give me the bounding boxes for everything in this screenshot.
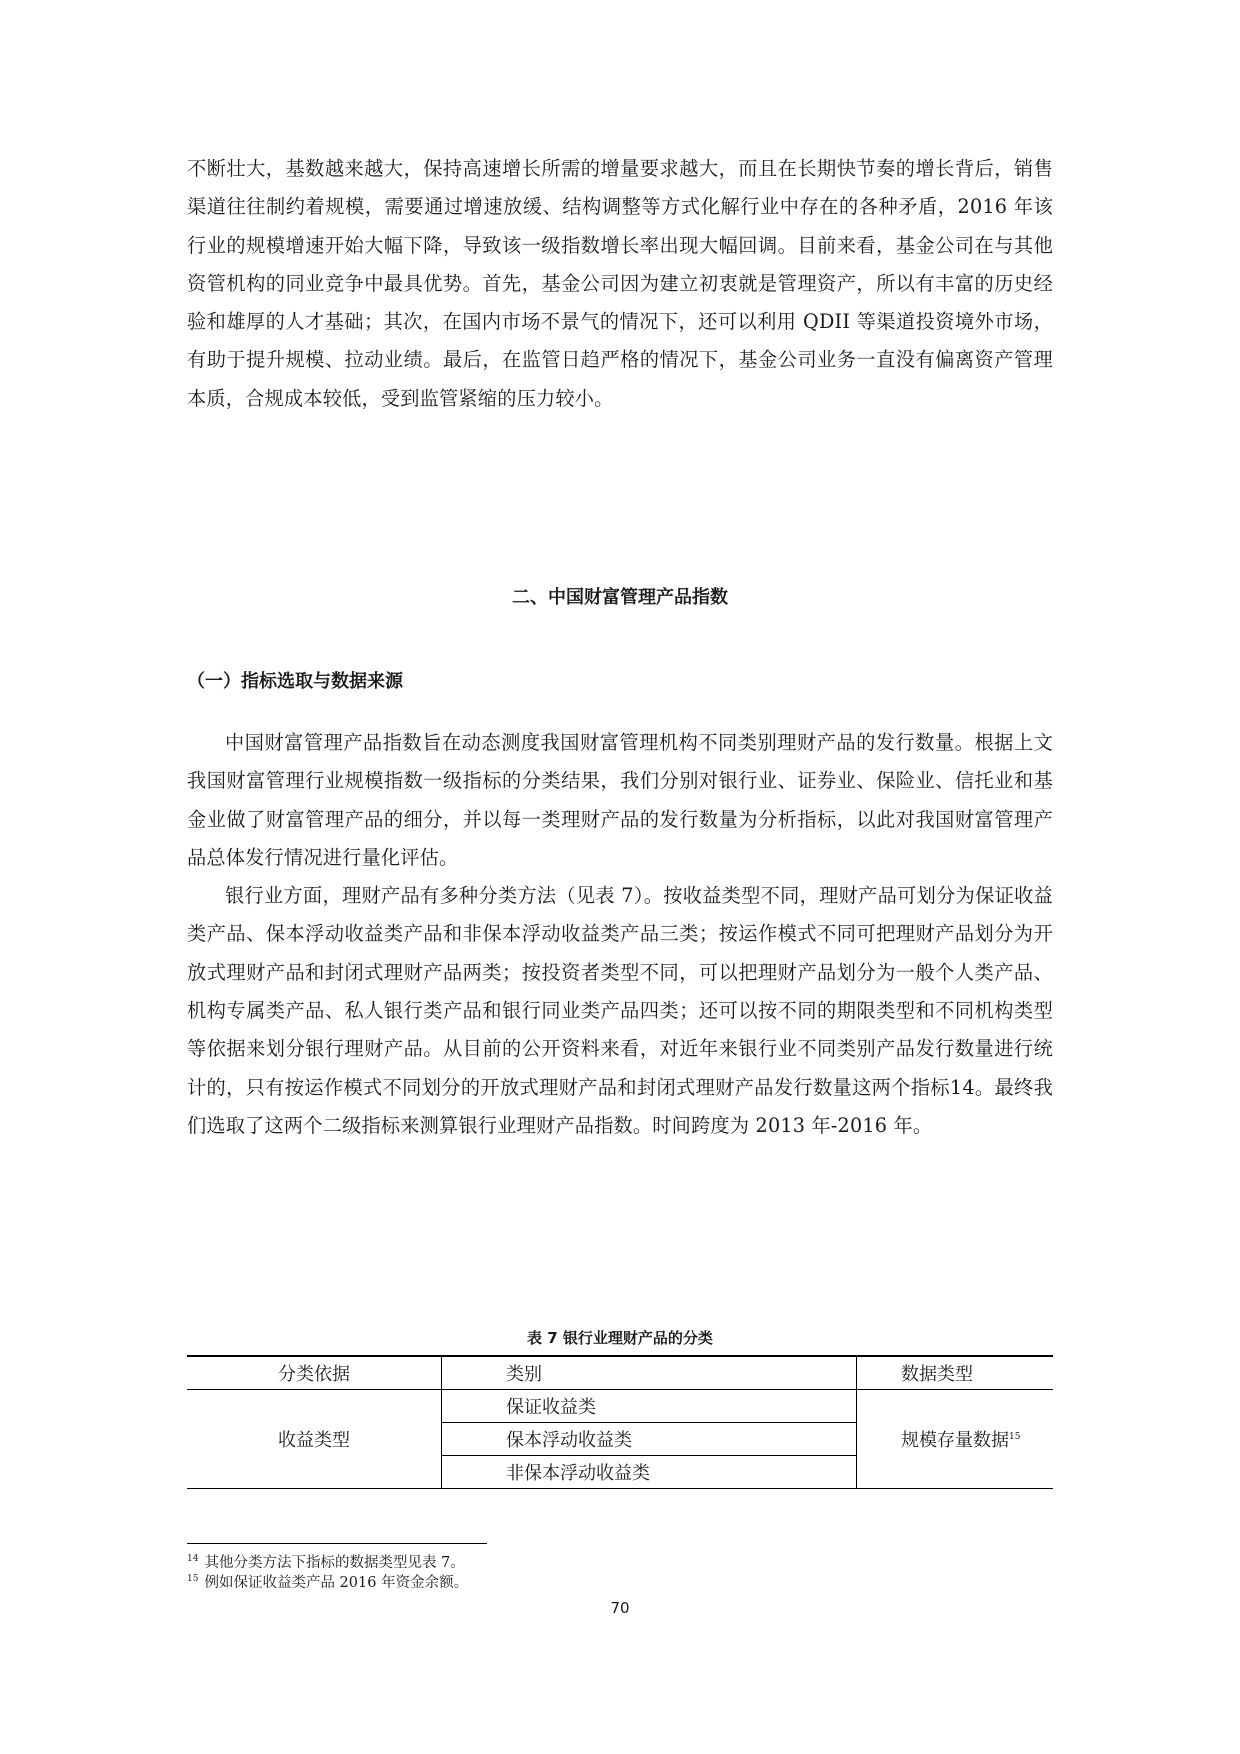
subsection-heading: （一）指标选取与数据来源	[187, 667, 403, 693]
section-heading: 二、中国财富管理产品指数	[187, 583, 1053, 609]
footnote-number: 15	[187, 1574, 198, 1584]
category-cell: 非保本浮动收益类	[442, 1456, 857, 1489]
category-cell: 保本浮动收益类	[442, 1423, 857, 1456]
paragraph-text: 不断壮大，基数越来越大，保持高速增长所需的增量要求越大，而且在长期快节奏的增长背…	[187, 150, 1053, 418]
paragraph-text: 银行业方面，理财产品有多种分类方法（见表 7）。按收益类型不同，理财产品可划分为…	[187, 877, 1053, 1145]
basis-cell: 收益类型	[187, 1390, 442, 1489]
header-cell: 类别	[442, 1356, 857, 1390]
footnote-text: 其他分类方法下指标的数据类型见表 7。	[204, 1555, 464, 1571]
footnote-divider	[187, 1543, 487, 1544]
classification-table: 分类依据 类别 数据类型 收益类型 保证收益类 规模存量数据15 保本浮动收益类…	[187, 1355, 1053, 1489]
header-cell: 数据类型	[857, 1356, 1054, 1390]
footnote-ref: 15	[1009, 1432, 1020, 1442]
category-cell: 保证收益类	[442, 1390, 857, 1423]
table-caption: 表 7 银行业理财产品的分类	[187, 1327, 1053, 1348]
page-number: 70	[0, 1599, 1240, 1617]
footnote-number: 14	[187, 1554, 198, 1564]
footnote-text: 例如保证收益类产品 2016 年资金余额。	[204, 1575, 468, 1591]
data-type-text: 规模存量数据	[901, 1430, 1009, 1451]
document-page: 不断壮大，基数越来越大，保持高速增长所需的增量要求越大，而且在长期快节奏的增长背…	[0, 0, 1240, 1754]
table-row: 收益类型 保证收益类 规模存量数据15	[187, 1390, 1053, 1423]
body-paragraph-continued: 不断壮大，基数越来越大，保持高速增长所需的增量要求越大，而且在长期快节奏的增长背…	[187, 150, 1053, 418]
header-cell: 分类依据	[187, 1356, 442, 1390]
paragraph-text: 中国财富管理产品指数旨在动态测度我国财富管理机构不同类别理财产品的发行数量。根据…	[187, 724, 1053, 877]
data-type-cell: 规模存量数据15	[857, 1390, 1054, 1489]
footnote: 15例如保证收益类产品 2016 年资金余额。	[187, 1570, 468, 1593]
body-paragraphs-main: 中国财富管理产品指数旨在动态测度我国财富管理机构不同类别理财产品的发行数量。根据…	[187, 724, 1053, 1145]
table-header-row: 分类依据 类别 数据类型	[187, 1356, 1053, 1390]
